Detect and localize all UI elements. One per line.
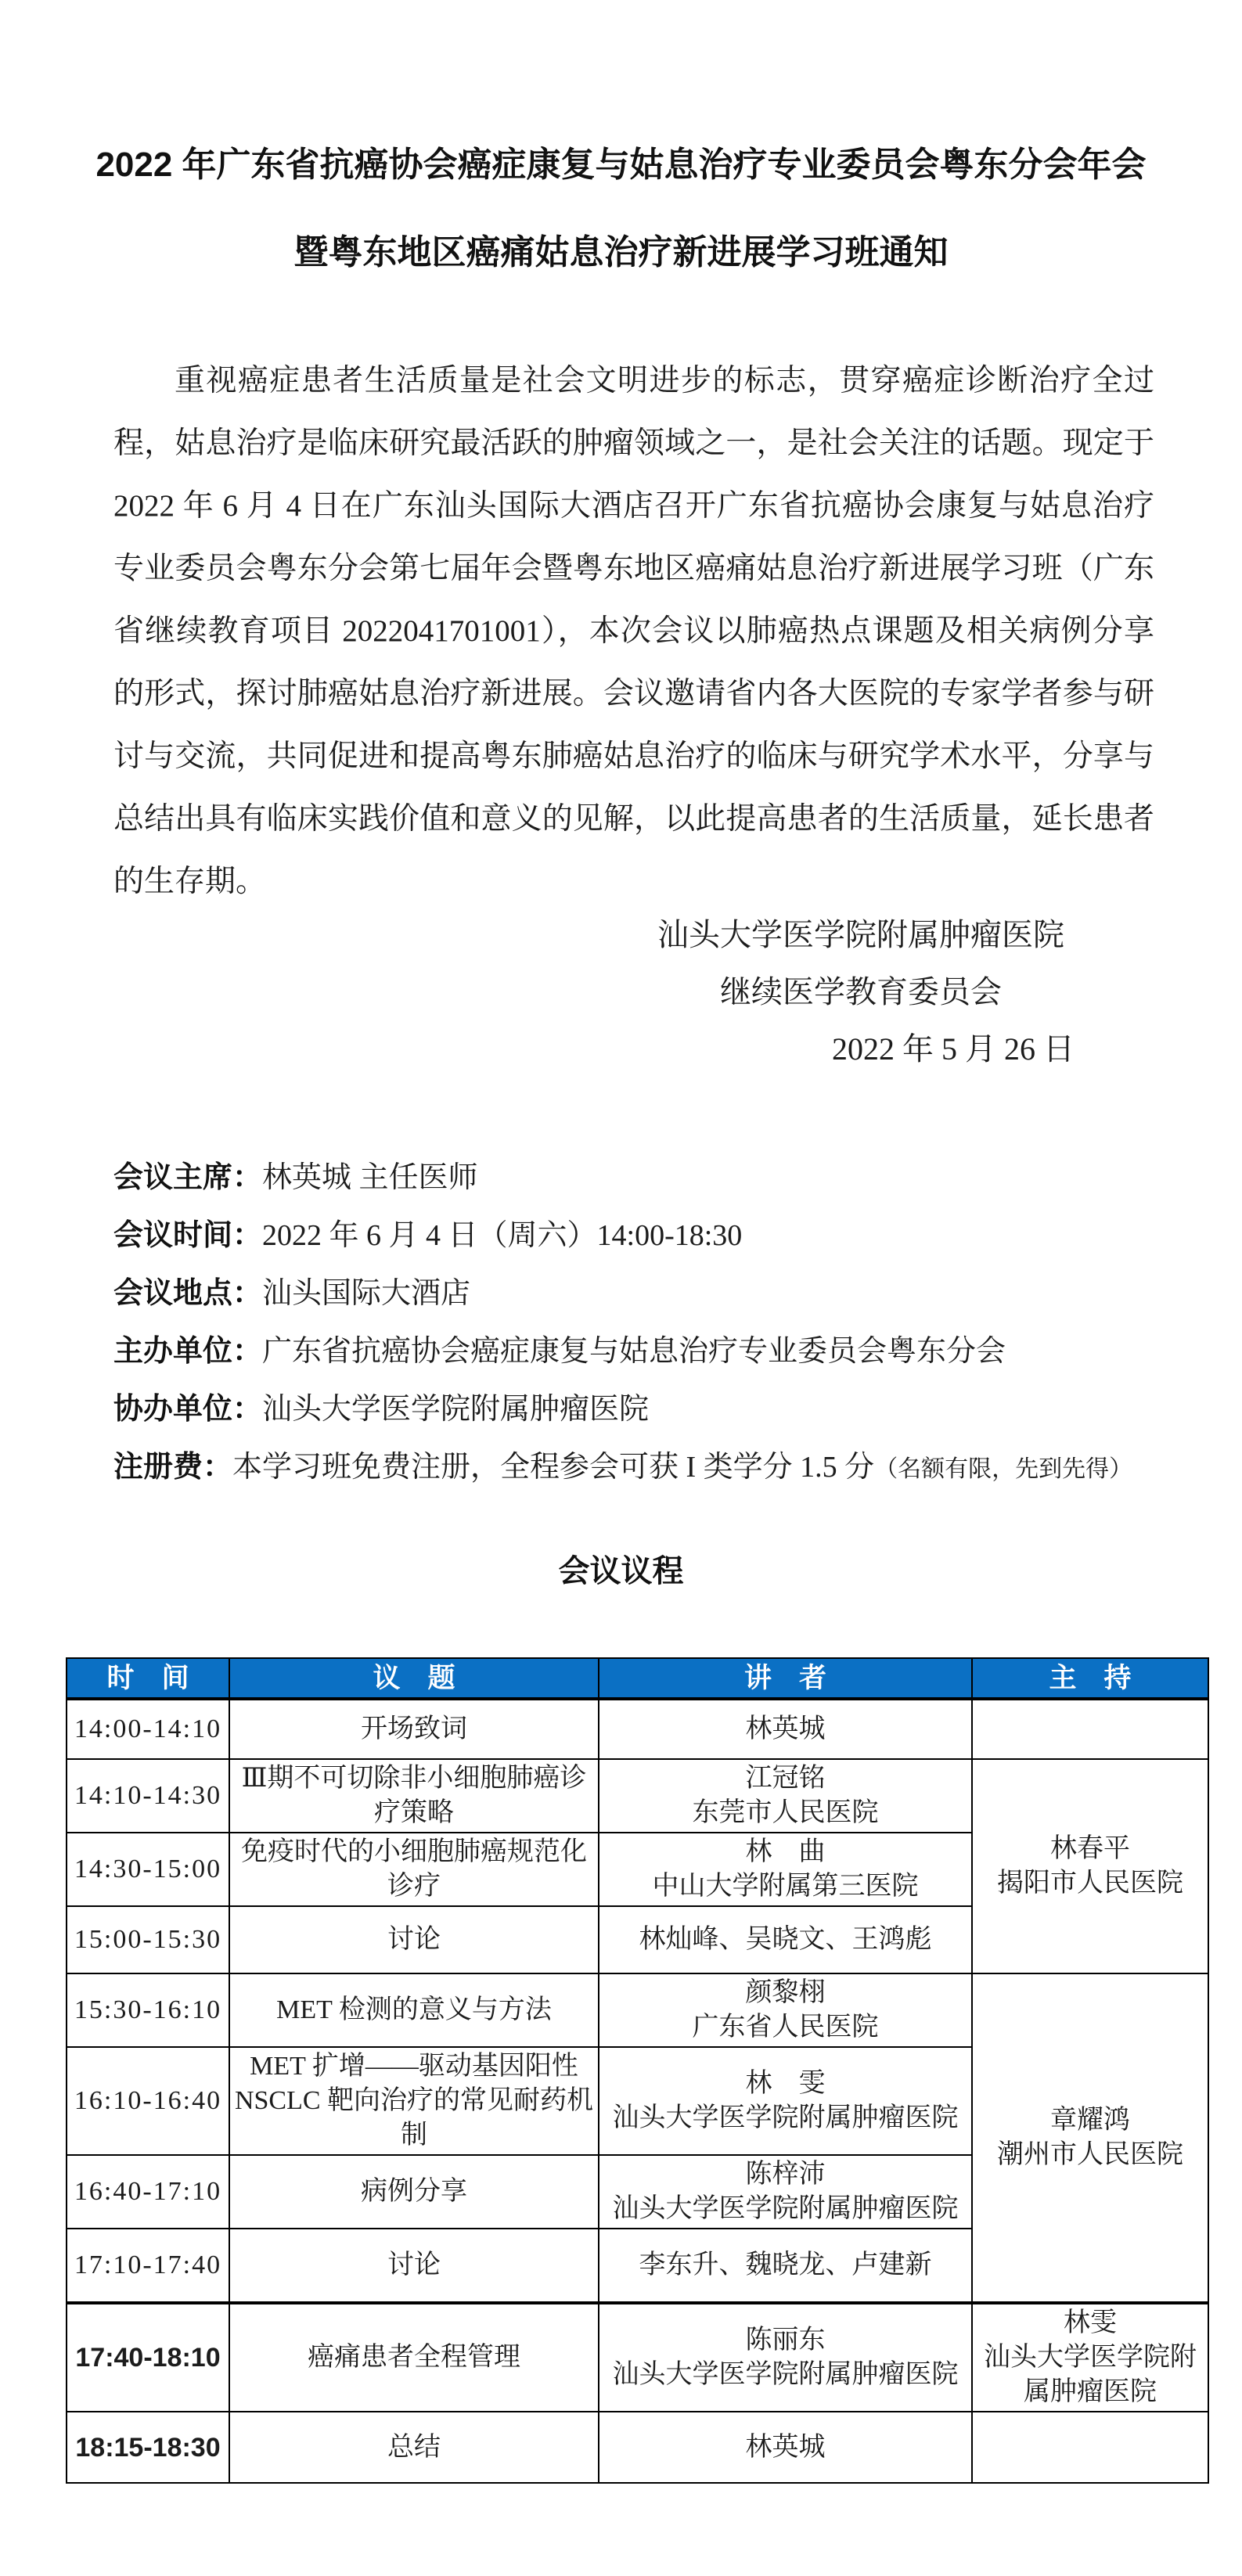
agenda-cell-speaker: 江冠铭 东莞市人民医院 [599, 1759, 972, 1833]
agenda-cell-topic: 开场致词 [229, 1699, 599, 1759]
agenda-col-topic: 议 题 [229, 1658, 599, 1699]
info-value-chairman: 林英城 主任医师 [262, 1161, 478, 1194]
agenda-cell-topic: 癌痛患者全程管理 [229, 2303, 599, 2412]
agenda-cell-time: 14:10-14:30 [67, 1759, 229, 1833]
info-line-chairman: 会议主席：林英城 主任医师 [113, 1149, 1178, 1207]
agenda-heading: 会议议程 [0, 1553, 1242, 1589]
signature-date: 2022 年 5 月 26 日 [734, 1020, 1172, 1078]
agenda-cell-speaker: 林英城 [599, 2412, 972, 2483]
agenda-row: 15:30-16:10 MET 检测的意义与方法 颜黎栩 广东省人民医院 章耀鸿… [67, 1973, 1208, 2047]
info-value-registration: 本学习班免费注册，全程参会可获 I 类学分 1.5 分 [232, 1451, 874, 1484]
agenda-cell-topic: MET 检测的意义与方法 [229, 1973, 599, 2047]
agenda-cell-time: 17:40-18:10 [67, 2303, 229, 2412]
agenda-col-time: 时 间 [67, 1658, 229, 1699]
title-line-2: 暨粤东地区癌痛姑息治疗新进展学习班通知 [0, 209, 1242, 297]
agenda-row: 14:10-14:30 Ⅲ期不可切除非小细胞肺癌诊 疗策略 江冠铭 东莞市人民医… [67, 1759, 1208, 1833]
info-label-organizer: 主办单位： [113, 1335, 262, 1368]
agenda-cell-topic: 讨论 [229, 2229, 599, 2303]
agenda-cell-time: 15:30-16:10 [67, 1973, 229, 2047]
agenda-cell-speaker: 林灿峰、吴晓文、王鸿彪 [599, 1906, 972, 1973]
meeting-info: 会议主席：林英城 主任医师 会议时间：2022 年 6 月 4 日（周六）14:… [113, 1149, 1178, 1496]
agenda-cell-host [972, 1699, 1208, 1759]
agenda-cell-speaker: 林英城 [599, 1699, 972, 1759]
agenda-cell-speaker: 陈丽东 汕头大学医学院附属肿瘤医院 [599, 2303, 972, 2412]
info-line-time: 会议时间：2022 年 6 月 4 日（周六）14:00-18:30 [113, 1207, 1178, 1265]
agenda-row: 17:40-18:10 癌痛患者全程管理 陈丽东 汕头大学医学院附属肿瘤医院 林… [67, 2303, 1208, 2412]
agenda-col-host: 主 持 [972, 1658, 1208, 1699]
agenda-cell-topic: 病例分享 [229, 2155, 599, 2229]
info-note-registration: （名额有限，先到先得） [874, 1456, 1132, 1482]
agenda-cell-topic: Ⅲ期不可切除非小细胞肺癌诊 疗策略 [229, 1759, 599, 1833]
info-label-venue: 会议地点： [113, 1277, 262, 1310]
agenda-cell-time: 16:10-16:40 [67, 2047, 229, 2155]
info-value-time: 2022 年 6 月 4 日（周六）14:00-18:30 [262, 1219, 742, 1252]
signature-org-hospital: 汕头大学医学院附属肿瘤医院 [642, 906, 1080, 963]
agenda-cell-topic: MET 扩增——驱动基因阳性 NSCLC 靶向治疗的常见耐药机制 [229, 2047, 599, 2155]
agenda-cell-host-merged: 章耀鸿 潮州市人民医院 [972, 1973, 1208, 2303]
agenda-cell-speaker: 林 雯 汕头大学医学院附属肿瘤医院 [599, 2047, 972, 2155]
info-value-venue: 汕头国际大酒店 [262, 1277, 470, 1310]
document-title: 2022 年广东省抗癌协会癌症康复与姑息治疗专业委员会粤东分会年会 暨粤东地区癌… [0, 121, 1242, 297]
agenda-cell-time: 18:15-18:30 [67, 2412, 229, 2483]
agenda-row: 14:00-14:10 开场致词 林英城 [67, 1699, 1208, 1759]
agenda-cell-topic: 讨论 [229, 1906, 599, 1973]
agenda-cell-time: 16:40-17:10 [67, 2155, 229, 2229]
agenda-cell-speaker: 林 曲 中山大学附属第三医院 [599, 1833, 972, 1906]
agenda-table: 时 间 议 题 讲 者 主 持 14:00-14:10 开场致词 林英城 14:… [66, 1657, 1209, 2484]
intro-paragraph: 重视癌症患者生活质量是社会文明进步的标志，贯穿癌症诊断治疗全过程，姑息治疗是临床… [113, 350, 1154, 913]
info-label-time: 会议时间： [113, 1219, 262, 1252]
signature-block: 汕头大学医学院附属肿瘤医院 继续医学教育委员会 2022 年 5 月 26 日 [642, 906, 1080, 1078]
agenda-cell-time: 14:30-15:00 [67, 1833, 229, 1906]
info-label-chairman: 会议主席： [113, 1161, 262, 1194]
agenda-col-speaker: 讲 者 [599, 1658, 972, 1699]
agenda-cell-host [972, 2412, 1208, 2483]
info-line-coorganizer: 协办单位：汕头大学医学院附属肿瘤医院 [113, 1380, 1178, 1438]
agenda-cell-topic: 免疫时代的小细胞肺癌规范化 诊疗 [229, 1833, 599, 1906]
title-line-1: 2022 年广东省抗癌协会癌症康复与姑息治疗专业委员会粤东分会年会 [0, 121, 1242, 209]
agenda-cell-host-merged: 林春平 揭阳市人民医院 [972, 1759, 1208, 1973]
agenda-cell-time: 15:00-15:30 [67, 1906, 229, 1973]
agenda-cell-time: 14:00-14:10 [67, 1699, 229, 1759]
agenda-cell-speaker: 颜黎栩 广东省人民医院 [599, 1973, 972, 2047]
info-line-venue: 会议地点：汕头国际大酒店 [113, 1265, 1178, 1322]
signature-org-committee: 继续医学教育委员会 [642, 963, 1080, 1020]
info-line-organizer: 主办单位：广东省抗癌协会癌症康复与姑息治疗专业委员会粤东分会 [113, 1322, 1178, 1380]
info-line-registration: 注册费：本学习班免费注册，全程参会可获 I 类学分 1.5 分（名额有限，先到先… [113, 1438, 1178, 1496]
agenda-cell-speaker: 李东升、魏晓龙、卢建新 [599, 2229, 972, 2303]
info-label-coorganizer: 协办单位： [113, 1393, 262, 1426]
agenda-cell-topic: 总结 [229, 2412, 599, 2483]
agenda-header-row: 时 间 议 题 讲 者 主 持 [67, 1658, 1208, 1699]
info-value-coorganizer: 汕头大学医学院附属肿瘤医院 [262, 1393, 649, 1426]
agenda-cell-speaker: 陈梓沛 汕头大学医学院附属肿瘤医院 [599, 2155, 972, 2229]
info-value-organizer: 广东省抗癌协会癌症康复与姑息治疗专业委员会粤东分会 [262, 1335, 1006, 1368]
agenda-row: 18:15-18:30 总结 林英城 [67, 2412, 1208, 2483]
agenda-cell-host: 林雯 汕头大学医学院附 属肿瘤医院 [972, 2303, 1208, 2412]
agenda-cell-time: 17:10-17:40 [67, 2229, 229, 2303]
info-label-registration: 注册费： [113, 1451, 232, 1484]
